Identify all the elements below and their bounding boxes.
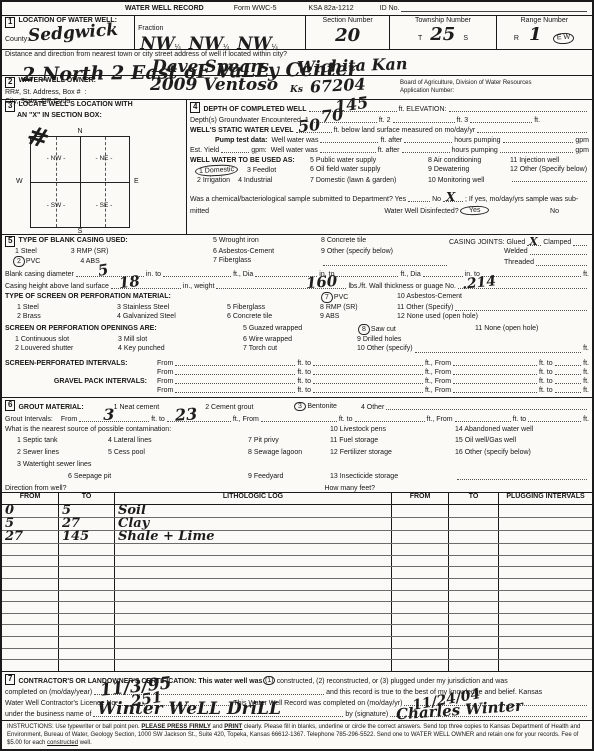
glued-x: X (529, 236, 538, 247)
gi-to2: ft. to (339, 416, 353, 423)
screen-steel: 1 Steel (5, 303, 117, 312)
diameter-value: 5 (97, 262, 110, 279)
wall-label: lbs./ft. Wall thickness or guage No. (348, 283, 456, 290)
litho-to-cell (59, 544, 115, 555)
screen-fiberglass: 5 Fiberglass (227, 303, 320, 312)
signature-label: by (signature) (345, 711, 388, 718)
plug-from-cell (392, 660, 449, 671)
table-row (2, 602, 592, 614)
gw3-label: ft. 3 (457, 117, 469, 124)
location-cell: 1LOCATION OF WATER WELL: County: Sedgwic… (2, 16, 134, 49)
screen-galvanized: 4 Galvanized Steel (117, 312, 227, 321)
table-row (2, 579, 592, 591)
spi2-from: From (157, 369, 173, 376)
contam-cesspool: 5 Cess pool (108, 448, 248, 457)
certification-line1: constructed, (2) reconstructed, or (3) p… (277, 678, 508, 685)
screen-abs: 9 ABS (320, 312, 397, 321)
instructions-text-1: INSTRUCTIONS: Use typewriter or ball poi… (7, 724, 140, 730)
spi1-to: ft. to (297, 360, 311, 367)
litho-to-cell (59, 556, 115, 567)
section-box-cell: 3LOCATE WELL'S LOCATION WITH AN "X" IN S… (2, 100, 187, 234)
in-to-1: in. to (146, 271, 161, 278)
plug-to-cell (449, 531, 499, 543)
spi2-ft: ft. (583, 369, 589, 376)
box-horizontal-line (31, 182, 129, 183)
plug-to-cell (449, 660, 499, 671)
range-label: Range Number (500, 17, 589, 26)
contam-feedyard: 9 Feedyard (248, 472, 330, 481)
location-row: 1LOCATION OF WATER WELL: County: Sedgwic… (2, 15, 592, 49)
plug-from-cell (392, 614, 449, 625)
form-number: Form WWC-5 (234, 5, 277, 14)
how-many-feet-label: How many feet? (324, 485, 375, 492)
gpm-colon: gpm: (251, 147, 267, 154)
openings-key: 4 Key punched (118, 344, 243, 353)
hours-1: hours pumping (454, 137, 500, 144)
yield-after-blank (402, 146, 450, 153)
spi1-to2: ft. to (539, 360, 553, 367)
sample-no-blank: X (443, 195, 463, 202)
owner-name-value: Dave Spears (152, 59, 269, 76)
plug-interval-cell (499, 531, 592, 543)
quadrant-sw: - SW - (31, 202, 81, 209)
openings-guazed: 5 Guazed wrapped (243, 324, 357, 335)
litho-from-cell (2, 556, 59, 567)
gw-ft: ft. (534, 117, 540, 124)
static-level-blank: 50 (296, 126, 332, 133)
table-row (2, 567, 592, 579)
casing-fiberglass: 7 Fiberglass (213, 256, 321, 267)
table-row (2, 591, 592, 603)
hours-2: hours pumping (452, 147, 498, 154)
lithologic-table-body: 05Soil527Clay27145Shale + Lime (2, 505, 592, 671)
casing-steel: 1 Steel (15, 248, 37, 255)
casing-pvc-num-circled: 2 (13, 256, 25, 268)
litho-from-cell (2, 579, 59, 590)
plug-to-cell (449, 591, 499, 602)
casing-asbestos: 6 Asbestos-Cement (213, 247, 321, 256)
township-cell: Township Number T 25 S (389, 16, 495, 49)
plug-interval-cell (499, 544, 592, 555)
box-dashed-line-1 (56, 137, 57, 227)
ksa-statute: KSA 82a-1212 (308, 5, 353, 14)
plug-from-cell (392, 649, 449, 660)
gpi2-from-blank (175, 386, 295, 393)
wall-value: .214 (461, 274, 496, 291)
gpi1-to: ft. to (297, 378, 311, 385)
openings-wire: 6 Wire wrapped (243, 335, 357, 344)
gpi-label: GRAVEL PACK INTERVALS: (5, 378, 157, 385)
well-water-was-2: Well water was (271, 147, 318, 154)
colon-1: : (84, 89, 86, 96)
grout-bentonite-num-circled: 3 (294, 401, 306, 411)
table-row: 27145Shale + Lime (2, 531, 592, 544)
litho-log-cell (115, 614, 392, 625)
plug-to-cell (449, 602, 499, 613)
compass-s: S (30, 228, 130, 237)
use-dewatering: 9 Dewatering (428, 165, 510, 176)
glued-blank: X (527, 239, 541, 246)
contam-fertilizer: 12 Fertilizer storage (330, 448, 455, 457)
section3-number: 3 (5, 101, 15, 112)
contam-other: 16 Other (specify below) (455, 448, 589, 457)
litho-to-cell (59, 649, 115, 660)
plug-interval-cell (499, 637, 592, 648)
plug-from-cell (392, 518, 449, 530)
threaded-blank (536, 259, 587, 266)
spi1-from2: ft., From (425, 360, 451, 367)
section4: 4 DEPTH OF COMPLETED WELL 145 ft. ELEVAT… (187, 100, 592, 234)
grout-neat: 1 Neat cement (114, 404, 160, 411)
constructed-emphasis: constructed (47, 740, 78, 746)
gi-ft: ft. (583, 416, 589, 423)
spi2-from2: ft., From (425, 369, 451, 376)
diam-to-blank (163, 270, 231, 277)
use-irrigation: 2 Irrigation (197, 177, 230, 184)
welded-blank (530, 248, 587, 255)
contam-seepage: 6 Seepage pit (68, 472, 248, 481)
spi2-from-blank (175, 368, 295, 375)
gpi1-to-blank (313, 377, 423, 384)
table-row (2, 625, 592, 637)
quadrant-ne: - NE - (79, 155, 129, 162)
gw2-label: ft. 2 (379, 117, 391, 124)
spi2-to-blank (313, 368, 423, 375)
weight-value: 160 (306, 274, 338, 291)
plug-to-cell (449, 556, 499, 567)
litho-from-cell (2, 660, 59, 671)
section7-number: 7 (5, 674, 15, 685)
township-s: S (463, 35, 468, 44)
yield-gpm-blank (500, 146, 574, 153)
plug-to-cell (449, 505, 499, 517)
quadrant-nw: - NW - (31, 155, 81, 162)
instructions-footer: INSTRUCTIONS: Use typewriter or ball poi… (2, 720, 592, 751)
contam-septic: 1 Septic tank (5, 436, 108, 445)
range-ew-circled: E W (552, 32, 574, 44)
depth-label: DEPTH OF COMPLETED WELL (203, 106, 306, 113)
sample-tail: ; If yes, mo/day/yrs sample was sub- (465, 196, 578, 203)
instructions-text-4: well. (80, 740, 92, 746)
use-feedlot: 3 Feedlot (247, 167, 276, 174)
openings-ft: ft. (583, 344, 589, 353)
casing-title: TYPE OF BLANK CASING USED: (18, 236, 127, 247)
gpi1-to2-blank (555, 377, 582, 384)
gpm-2: gpm (575, 147, 589, 154)
instructions-text-2: and (213, 724, 223, 730)
static-level-value: 50 (297, 117, 321, 135)
well-water-was-1: Well water was (272, 137, 319, 144)
plug-interval-cell (499, 614, 592, 625)
plug-to-cell (449, 518, 499, 530)
plug-to-cell (449, 614, 499, 625)
in-weight-label: in., weight (183, 283, 215, 290)
gi-to: ft. to (151, 416, 165, 423)
table-row (2, 660, 592, 671)
litho-log-cell (115, 556, 392, 567)
spi1-to-blank (313, 359, 423, 366)
section-number-cell: Section Number 20 (305, 16, 389, 49)
elevation-label: ft. ELEVATION: (399, 106, 447, 113)
ft-after-2: ft. after (378, 147, 400, 154)
litho-to-cell (59, 579, 115, 590)
plug-to-cell (449, 579, 499, 590)
gi-to3: ft. to (513, 416, 527, 423)
county-label: County: (5, 36, 29, 43)
contam-abandoned: 14 Abandoned water well (455, 425, 589, 434)
disinfected-no: No (550, 208, 559, 215)
range-value: 1 (529, 26, 542, 44)
form-title: WATER WELL RECORD (125, 5, 204, 14)
litho-to-cell (59, 591, 115, 602)
yield-blank (221, 146, 249, 153)
section2-number: 2 (5, 77, 15, 88)
openings-sawcut-num-circled: 8 (358, 324, 370, 336)
plug-to-cell (449, 625, 499, 636)
section3-4-row: 3LOCATE WELL'S LOCATION WITH AN "X" IN S… (2, 99, 592, 234)
contam-lateral: 4 Lateral lines (108, 436, 248, 445)
screen-none: 12 None used (open hole) (397, 312, 589, 321)
contamination-label: What is the nearest source of possible c… (5, 425, 330, 434)
gpi2-to2-blank (555, 386, 582, 393)
static-date-blank (477, 126, 587, 133)
gpi2-ft: ft. (583, 387, 589, 394)
section-number-value: 20 (309, 27, 386, 45)
gw3-blank (470, 116, 532, 123)
dia2-to-blank (336, 270, 398, 277)
plug-from-cell (392, 544, 449, 555)
gi-from2-blank (261, 415, 337, 422)
spi2-to: ft. to (297, 369, 311, 376)
litho-from-cell (2, 614, 59, 625)
litho-log-cell (115, 602, 392, 613)
application-number-label: Application Number: (400, 87, 532, 95)
spi2-to2: ft. to (539, 369, 553, 376)
casing-other-blank (323, 260, 447, 266)
openings-sawcut: Saw cut (371, 326, 396, 333)
openings-title: SCREEN OR PERFORATION OPENINGS ARE: (5, 324, 243, 335)
dia3-blank (423, 270, 463, 277)
compass-e: E (134, 178, 139, 187)
static-level-label: WELL'S STATIC WATER LEVEL (190, 127, 294, 134)
plug-to-cell (449, 637, 499, 648)
use-label: WELL WATER TO BE USED AS: (190, 156, 310, 165)
pump-gpm-blank (503, 136, 574, 143)
contam-other-blank (457, 474, 587, 480)
header-plugging-intervals: PLUGGING INTERVALS (499, 493, 592, 504)
well-location-mark: # (24, 122, 53, 153)
wall-blank: .214 (458, 282, 587, 289)
gpi1-from: From (157, 378, 173, 385)
gi-from3: ft., From (427, 416, 453, 423)
groundwater-label: Depth(s) Groundwater Encountered (190, 117, 301, 124)
pump-test-label: Pump test data: (215, 137, 268, 144)
section6: 6 GROUT MATERIAL: 1 Neat cement 2 Cement… (2, 397, 592, 492)
fraction-label: Fraction (138, 25, 163, 32)
gi-to3-blank (528, 415, 581, 422)
board-of-agriculture: Board of Agriculture, Division of Water … (400, 79, 532, 95)
screen-title: TYPE OF SCREEN OR PERFORATION MATERIAL: (5, 292, 320, 303)
casing-pvc: PVC (26, 258, 40, 265)
yield-label: Est. Yield (190, 147, 219, 154)
plug-interval-cell (499, 591, 592, 602)
compass-w: W (16, 178, 23, 187)
litho-log-cell: Soil (115, 505, 392, 517)
use-public: 5 Public water supply (310, 156, 428, 165)
use-oilfield: 6 Oil field water supply (310, 165, 428, 176)
gpi1-from2-blank (453, 377, 537, 384)
screen-stainless: 3 Stainless Steel (117, 303, 227, 312)
contam-oilwell: 15 Oil well/Gas well (455, 436, 589, 445)
sample-yes-blank (408, 195, 430, 202)
use-industrial: 4 Industrial (238, 177, 272, 184)
plug-from-cell (392, 531, 449, 543)
litho-from-cell (2, 544, 59, 555)
sample-no-x: X (446, 191, 455, 203)
plug-interval-cell (499, 556, 592, 567)
press-firmly-emphasis: PLEASE PRESS FIRMLY (141, 724, 210, 730)
threaded-label: Threaded (504, 258, 534, 267)
gpi1-to2: ft. to (539, 378, 553, 385)
table-row (2, 637, 592, 649)
street-value: 2009 Ventoso (150, 77, 278, 94)
static-level-tail: ft. below land surface measured on mo/da… (334, 127, 476, 134)
gpi1-from-blank (175, 377, 295, 384)
openings-continuous: 1 Continuous slot (5, 335, 118, 344)
section3-title-2: AN "X" IN SECTION BOX: (17, 112, 183, 121)
print-emphasis: PRINT (224, 724, 242, 730)
plug-to-cell (449, 567, 499, 578)
welded-label: Welded (504, 247, 528, 256)
use-monitoring-blank (512, 176, 587, 182)
gi-from-value: 3 (103, 407, 114, 423)
section5-number: 5 (5, 236, 15, 247)
header-to-2: TO (449, 493, 499, 504)
section-location-box: - NW - - NE - - SW - - SE - # (30, 136, 130, 228)
zip-value: 67204 (310, 77, 366, 96)
plug-interval-cell (499, 505, 592, 517)
table-row (2, 556, 592, 568)
id-blank-line (401, 5, 587, 12)
plug-to-cell (449, 544, 499, 555)
disinfected-label: Water Well Disinfected? (384, 208, 458, 215)
grout-bentonite: Bentonite (307, 403, 337, 410)
box-dashed-line-2 (105, 137, 106, 227)
litho-log-cell (115, 544, 392, 555)
litho-log-cell: Shale + Lime (115, 531, 392, 543)
litho-to-cell (59, 625, 115, 636)
plug-interval-cell (499, 567, 592, 578)
direction-label: Direction from well? (5, 485, 66, 492)
casing-other: 9 Other (specify below) (321, 247, 449, 256)
gpi2-from2: ft., From (425, 387, 451, 394)
elevation-blank (449, 105, 588, 112)
casing-height-label: Casing height above land surface (5, 283, 109, 290)
ft-dia-1: ft., Dia (233, 271, 253, 278)
litho-from-cell: 27 (2, 531, 59, 543)
plug-from-cell (392, 637, 449, 648)
grout-other-blank (386, 403, 587, 410)
weight-blank: 160 (216, 282, 346, 289)
gi-to2-blank (355, 415, 425, 422)
gw2-blank (393, 116, 455, 123)
mitted-label: mitted (190, 208, 209, 215)
contam-lagoon: 8 Sewage lagoon (248, 448, 330, 457)
use-monitoring: 10 Monitoring well (428, 176, 510, 185)
business-name-label: under the business name of (5, 711, 91, 718)
litho-to-cell (59, 567, 115, 578)
gw1-value: 70 (320, 107, 344, 125)
plug-interval-cell (499, 602, 592, 613)
plug-from-cell (392, 602, 449, 613)
plug-from-cell (392, 625, 449, 636)
spi1-to2-blank (555, 359, 582, 366)
sample-no-label: No (432, 196, 441, 203)
plug-interval-cell (499, 579, 592, 590)
use-injection: 11 Injection well (510, 156, 589, 165)
litho-log-cell (115, 567, 392, 578)
openings-torch: 7 Torch cut (243, 344, 357, 353)
clamped-label: Clamped (543, 238, 571, 247)
spi1-ft: ft. (583, 360, 589, 367)
dia-ft: ft. (583, 271, 589, 278)
form-header: WATER WELL RECORD Form WWC-5 KSA 82a-121… (2, 2, 592, 15)
table-row (2, 649, 592, 661)
dia3-to-blank (482, 270, 581, 277)
casing-wrought: 5 Wrought iron (213, 236, 321, 247)
plug-from-cell (392, 579, 449, 590)
plug-from-cell (392, 556, 449, 567)
use-domestic-lawn: 7 Domestic (lawn & garden) (310, 176, 428, 185)
section3-title-1: LOCATE WELL'S LOCATION WITH (18, 101, 132, 112)
contam-pit-privy: 7 Pit privy (248, 436, 330, 445)
spi2-from2-blank (453, 368, 537, 375)
gpi1-from2: ft., From (425, 378, 451, 385)
openings-mill: 3 Mill slot (118, 335, 243, 344)
casing-height-value: 18 (118, 274, 140, 291)
lithologic-table: FROM TO LITHOLOGIC LOG FROM TO PLUGGING … (2, 492, 592, 671)
state-value: Ks (290, 86, 303, 95)
section5: 5TYPE OF BLANK CASING USED: 5 Wrought ir… (2, 234, 592, 397)
header-from-2: FROM (392, 493, 449, 504)
openings-other-blank (415, 346, 582, 353)
gpm-1: gpm (575, 137, 589, 144)
gw1-blank: 70 (311, 116, 377, 123)
openings-louvered: 2 Louvered shutter (5, 344, 118, 353)
screen-pvc-num-circled: 7 (321, 292, 333, 304)
table-row (2, 614, 592, 626)
section1-number: 1 (5, 17, 15, 28)
pump-after-blank (404, 136, 452, 143)
casing-height-blank: 18 (111, 282, 181, 289)
use-air: 8 Air conditioning (428, 156, 510, 165)
litho-to-cell (59, 602, 115, 613)
ft-after-1: ft. after (380, 137, 402, 144)
gpi2-to: ft. to (297, 387, 311, 394)
litho-to-cell (59, 660, 115, 671)
completed-date-blank: 11/3/95 (94, 688, 324, 695)
litho-to-cell: 145 (59, 531, 115, 543)
business-name-blank: Winter WeLL DriLL (93, 710, 343, 717)
litho-log-cell (115, 591, 392, 602)
litho-log-cell (115, 649, 392, 660)
openings-drilled: 9 Drilled holes (357, 335, 475, 344)
board-label: Board of Agriculture, Division of Water … (400, 79, 532, 87)
water-well-record-form: WATER WELL RECORD Form WWC-5 KSA 82a-121… (0, 0, 594, 751)
spi1-from: From (157, 360, 173, 367)
plug-from-cell (392, 567, 449, 578)
plug-interval-cell (499, 518, 592, 530)
